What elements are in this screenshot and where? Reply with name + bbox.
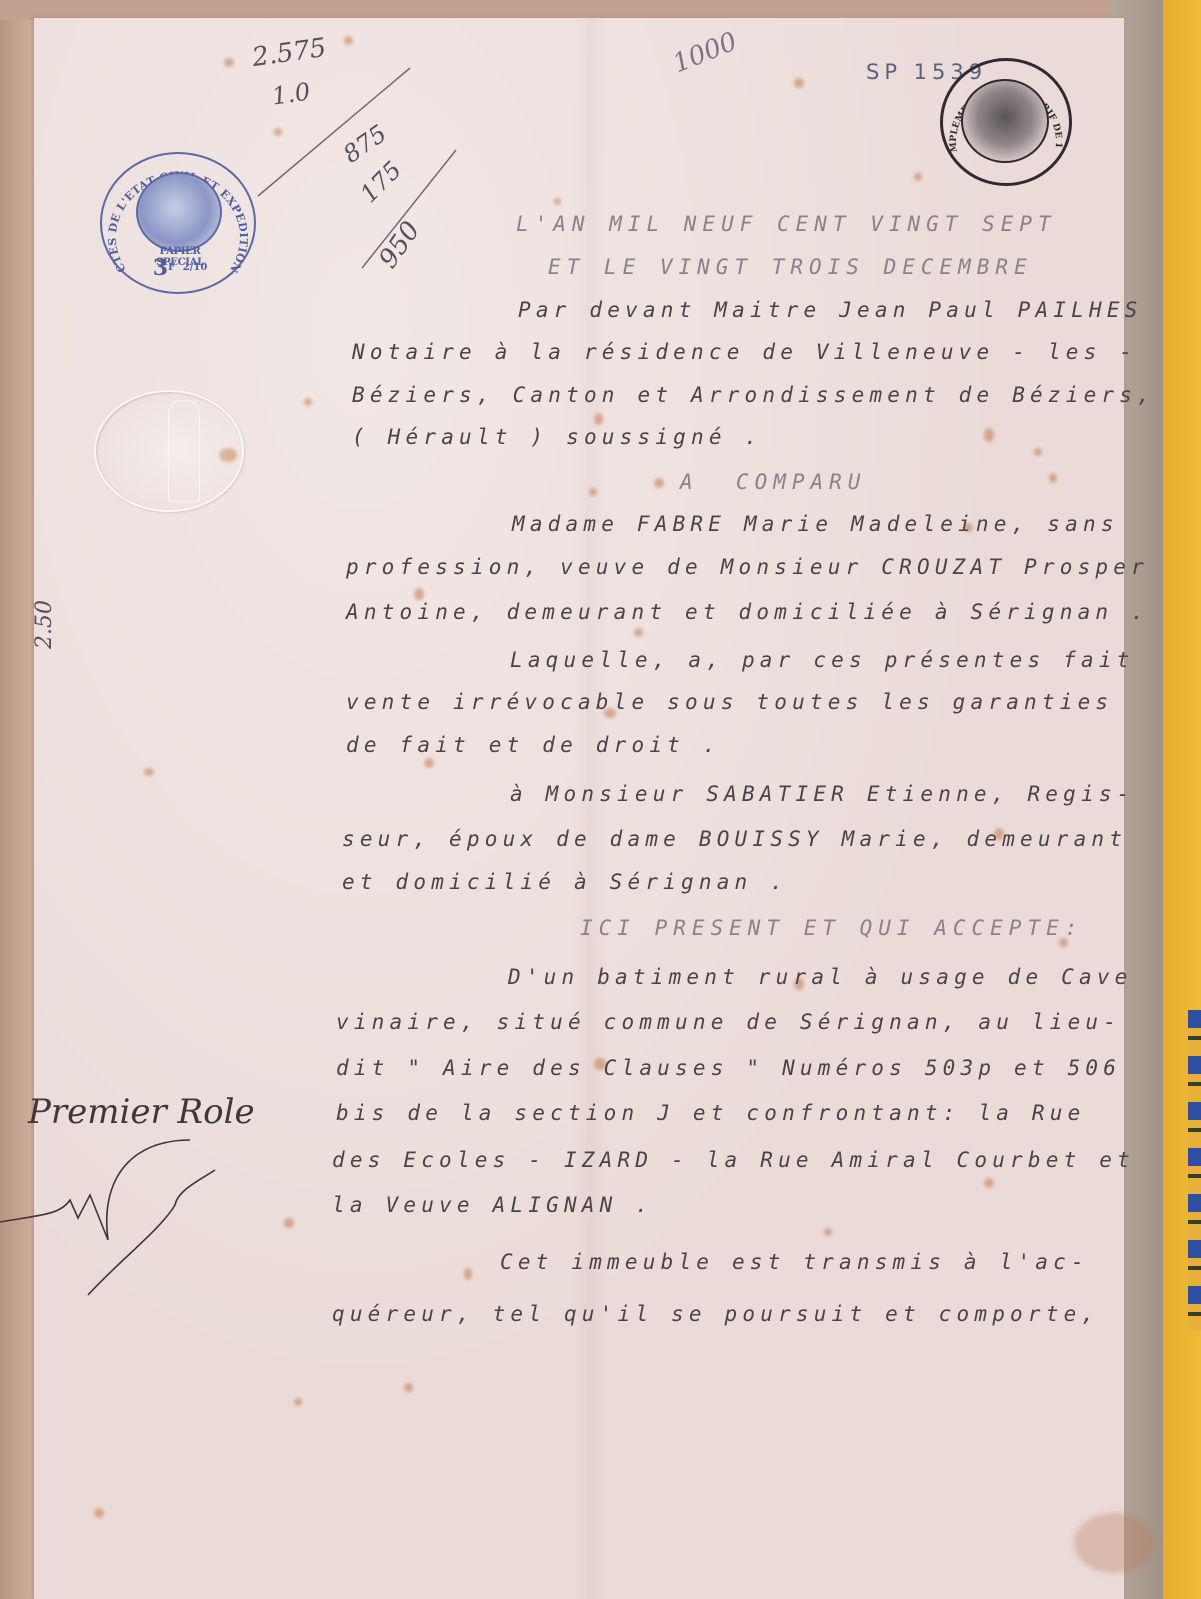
typed-line-date-day: ET LE VINGT TROIS DECEMBRE <box>548 255 1033 279</box>
typed-line: bis de la section J et confrontant: la R… <box>336 1101 1085 1125</box>
typed-line: des Ecoles - IZARD - la Rue Amiral Courb… <box>332 1148 1135 1172</box>
typed-line: seur, époux de dame BOUISSY Marie, demeu… <box>342 827 1127 851</box>
handwritten-calc-2: 1.0 <box>270 77 312 110</box>
typed-heading-accepte: ICI PRESENT ET QUI ACCEPTE: <box>580 916 1083 940</box>
typed-line: Madame FABRE Marie Madeleine, sans <box>512 512 1119 536</box>
typed-heading-comparu: A COMPARU <box>680 470 866 494</box>
typed-line-date-year: L'AN MIL NEUF CENT VINGT SEPT <box>516 212 1057 236</box>
typed-line: et domicilié à Sérignan . <box>342 870 788 894</box>
typed-line: Antoine, demeurant et domiciliée à Sérig… <box>346 600 1149 624</box>
typed-line: dit " Aire des Clauses " Numéros 503p et… <box>336 1056 1121 1080</box>
typed-line: vinaire, situé commune de Sérignan, au l… <box>336 1010 1121 1034</box>
typed-line: ( Hérault ) soussigné . <box>352 425 762 449</box>
typed-line: D'un batiment rural à usage de Cave <box>508 965 1133 989</box>
typed-line: Cet immeuble est transmis à l'ac- <box>500 1250 1089 1274</box>
typed-line: vente irrévocable sous toutes les garant… <box>346 690 1113 714</box>
typed-line: de fait et de droit . <box>346 733 721 757</box>
typed-line: Laquelle, a, par ces présentes fait <box>510 648 1135 672</box>
typed-line: Béziers, Canton et Arrondissement de Béz… <box>352 383 1155 407</box>
typed-line: à Monsieur SABATIER Etienne, Regis- <box>510 782 1135 806</box>
typed-line: quéreur, tel qu'il se poursuit et compor… <box>332 1302 1099 1326</box>
margin-note: 2.50 <box>32 600 57 649</box>
typed-line: Notaire à la résidence de Villeneuve - l… <box>352 340 1137 364</box>
premier-role-label: Premier Role <box>28 1092 255 1132</box>
typed-line: profession, veuve de Monsieur CROUZAT Pr… <box>346 555 1149 579</box>
typed-line: la Veuve ALIGNAN . <box>332 1193 653 1217</box>
typed-line: Par devant Maitre Jean Paul PAILHES <box>518 298 1143 322</box>
